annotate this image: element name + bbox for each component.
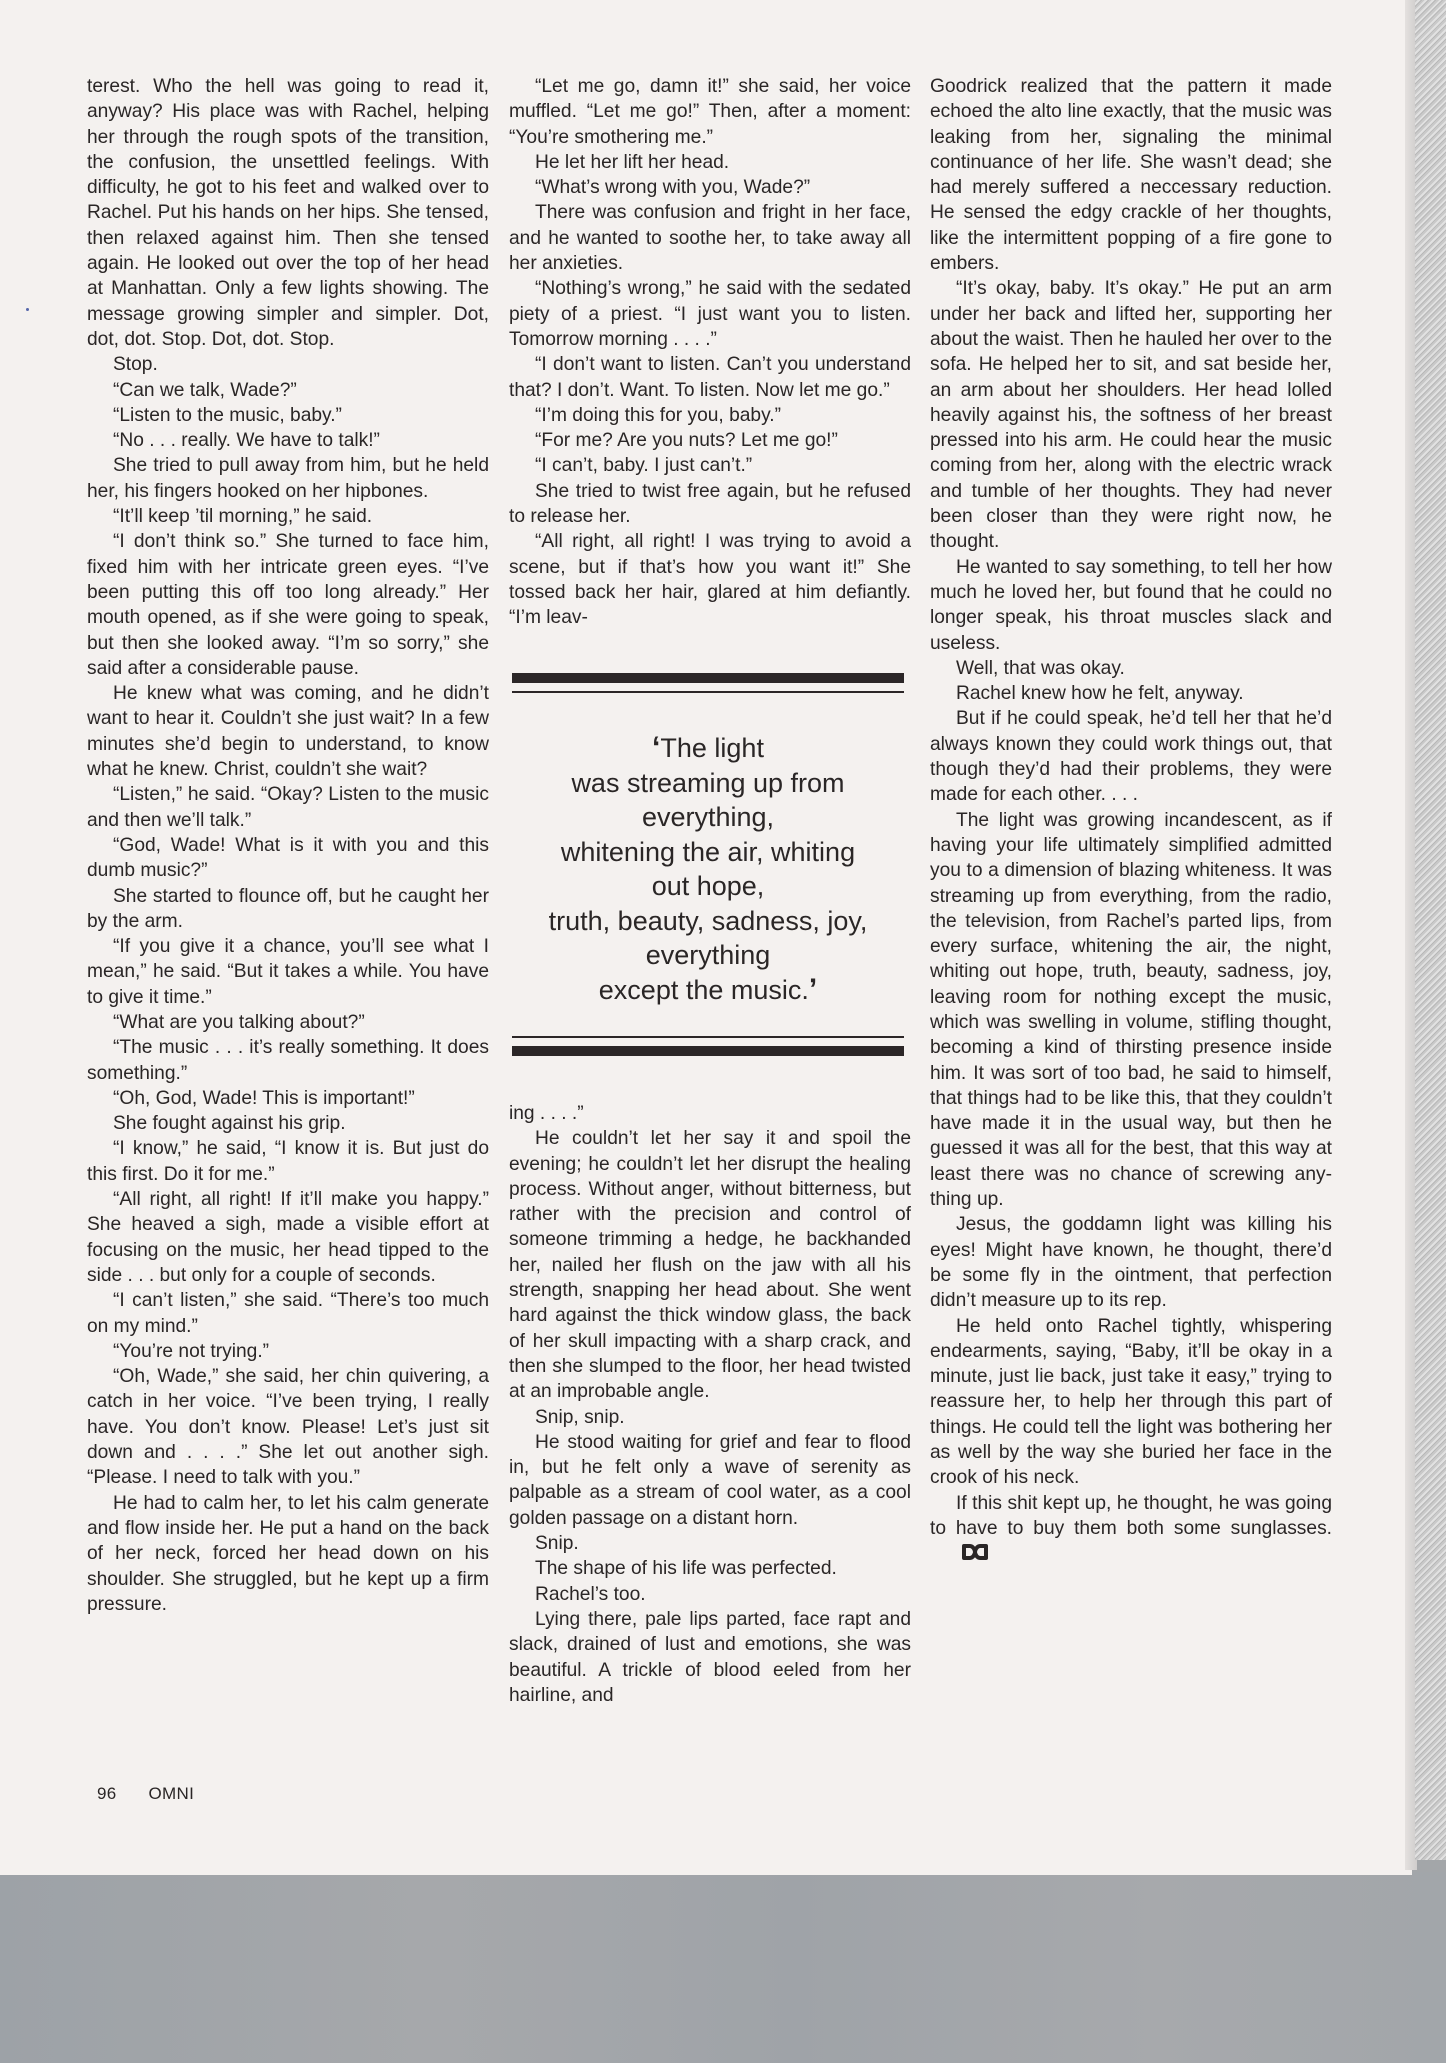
paragraph: Rachel’s too. — [509, 1582, 911, 1607]
paragraph: “Nothing’s wrong,” he said with the seda… — [509, 276, 911, 352]
paragraph: “All right, all right! I was trying to a… — [509, 529, 911, 630]
paragraph: “No . . . really. We have to talk!” — [87, 428, 489, 453]
paragraph: “Listen,” he said. “Okay? Listen to the … — [87, 782, 489, 833]
pull-quote-line: everything, — [512, 800, 904, 835]
pull-quote-rule-bottom-thick — [512, 1046, 904, 1056]
column-right: Goodrick realized that the pattern it ma… — [930, 74, 1332, 1569]
paragraph: If this shit kept up, he thought, he was… — [930, 1491, 1332, 1569]
paragraph: She tried to pull away from him, but he … — [87, 453, 489, 504]
pull-quote-line: everything — [512, 938, 904, 973]
paragraph: “I can’t listen,” she said. “There’s too… — [87, 1288, 489, 1339]
paragraph: “I know,” he said, “I know it is. But ju… — [87, 1136, 489, 1187]
paragraph: terest. Who the hell was going to read i… — [87, 74, 489, 352]
paragraph: Jesus, the goddamn light was killing his… — [930, 1212, 1332, 1313]
pull-quote-line: was streaming up from — [512, 766, 904, 801]
paragraph: “For me? Are you nuts? Let me go!” — [509, 428, 911, 453]
paragraph: He wanted to say something, to tell her … — [930, 555, 1332, 656]
paragraph: Well, that was okay. — [930, 656, 1332, 681]
paragraph: He held onto Rachel tightly, whisper­ing… — [930, 1314, 1332, 1491]
pull-quote-line: whitening the air, whiting — [512, 835, 904, 870]
paragraph: She fought against his grip. — [87, 1111, 489, 1136]
paragraph: “It’ll keep ’til morning,” he said. — [87, 504, 489, 529]
paragraph: He let her lift her head. — [509, 150, 911, 175]
paragraph: But if he could speak, he’d tell her tha… — [930, 706, 1332, 807]
paragraph: “I don’t want to listen. Can’t you un­de… — [509, 352, 911, 403]
paragraph: “Oh, Wade,” she said, her chin quiv­erin… — [87, 1364, 489, 1490]
column-middle-bottom: ing . . . .”He couldn’t let her say it a… — [509, 1101, 911, 1708]
pull-quote-text: ‘The lightwas streaming up fromeverythin… — [512, 693, 904, 1036]
fabric-background — [1415, 0, 1446, 1860]
pull-quote-line: out hope, — [512, 869, 904, 904]
close-quote-mark-icon: ’ — [809, 973, 817, 1006]
paragraph: Snip, snip. — [509, 1405, 911, 1430]
pull-quote-line: truth, beauty, sadness, joy, — [512, 904, 904, 939]
pull-quote-line: except the music.’ — [512, 973, 904, 1008]
paragraph: “If you give it a chance, you’ll see wha… — [87, 934, 489, 1010]
paragraph: “God, Wade! What is it with you and this… — [87, 833, 489, 884]
publication-name: OMNI — [149, 1784, 195, 1803]
paragraph: “I’m doing this for you, baby.” — [509, 403, 911, 428]
scanner-background — [0, 1872, 1446, 2063]
paragraph: She started to flounce off, but he caugh… — [87, 884, 489, 935]
paragraph: He knew what was coming, and he didn’t w… — [87, 681, 489, 782]
paragraph: “What’s wrong with you, Wade?” — [509, 175, 911, 200]
paragraph: “Listen to the music, baby.” — [87, 403, 489, 428]
paragraph: “You’re not trying.” — [87, 1339, 489, 1364]
paragraph: The light was growing incandescent, as i… — [930, 808, 1332, 1213]
paragraph: He had to calm her, to let his calm gene… — [87, 1491, 489, 1617]
page-number: 96 — [97, 1784, 117, 1803]
paragraph: “The music . . . it’s really something. … — [87, 1035, 489, 1086]
paragraph: Lying there, pale lips parted, face rapt… — [509, 1607, 911, 1708]
paragraph: “Let me go, damn it!” she said, her voic… — [509, 74, 911, 150]
column-middle-top: “Let me go, damn it!” she said, her voic… — [509, 74, 911, 631]
paragraph: Stop. — [87, 352, 489, 377]
paragraph: ing . . . .” — [509, 1101, 911, 1126]
pull-quote: ‘The lightwas streaming up fromeverythin… — [512, 673, 904, 1093]
paragraph: “Can we talk, Wade?” — [87, 378, 489, 403]
column-left: terest. Who the hell was going to read i… — [87, 74, 489, 1617]
paragraph: Goodrick realized that the pattern it ma… — [930, 74, 1332, 276]
paragraph: She tried to twist free again, but he re… — [509, 479, 911, 530]
magazine-page: terest. Who the hell was going to read i… — [0, 0, 1412, 1875]
pull-quote-rule-top-thick — [512, 673, 904, 683]
ink-speck — [26, 308, 29, 311]
paragraph: “I can’t, baby. I just can’t.” — [509, 453, 911, 478]
paragraph: “Oh, God, Wade! This is important!” — [87, 1086, 489, 1111]
paragraph: The shape of his life was perfected. — [509, 1556, 911, 1581]
paragraph: Rachel knew how he felt, anyway. — [930, 681, 1332, 706]
paragraph: “All right, all right! If it’ll make you… — [87, 1187, 489, 1288]
paragraph: He couldn’t let her say it and spoil the… — [509, 1126, 911, 1404]
folio: 96OMNI — [97, 1784, 194, 1804]
paragraph: He stood waiting for grief and fear to f… — [509, 1430, 911, 1531]
paragraph: “What are you talking about?” — [87, 1010, 489, 1035]
paragraph: There was confusion and fright in her fa… — [509, 200, 911, 276]
paragraph: “I don’t think so.” She turned to face h… — [87, 529, 489, 681]
pull-quote-line: ‘The light — [512, 731, 904, 766]
paragraph: Snip. — [509, 1531, 911, 1556]
paragraph: “It’s okay, baby. It’s okay.” He put an … — [930, 276, 1332, 554]
end-mark-icon — [934, 1543, 990, 1568]
